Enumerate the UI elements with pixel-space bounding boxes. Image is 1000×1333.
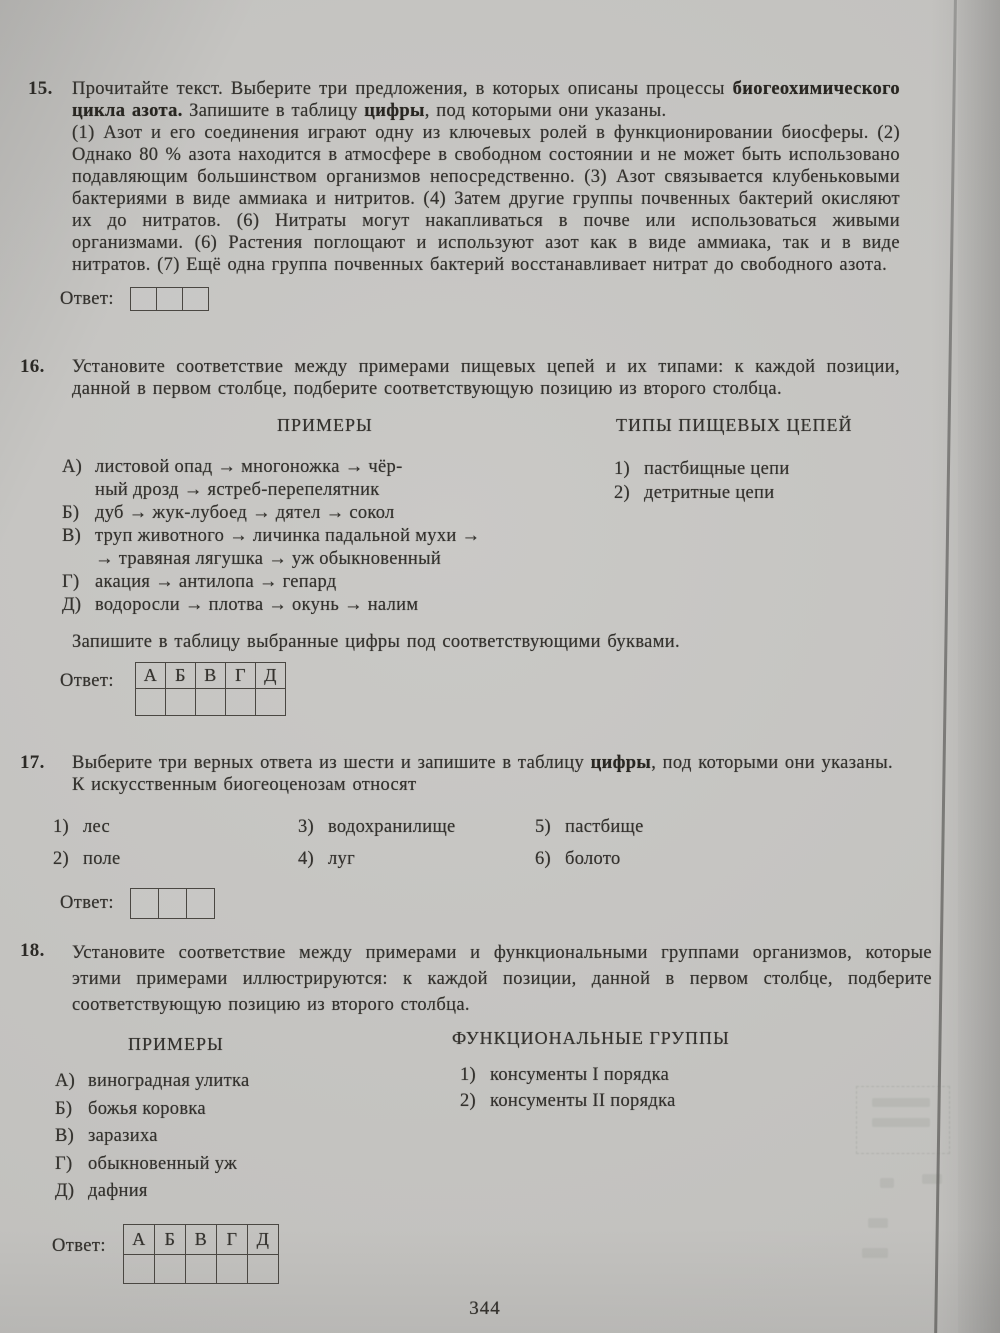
option-text: болото [565,843,621,875]
answer-table: А Б В Г Д [135,662,286,716]
question-18-intro: Установите соответствие между примерами … [72,940,932,1018]
item-label: А) [55,1068,88,1096]
intro-text-bold: цифры [364,101,425,121]
book-page: 15. Прочитайте текст. Выберите три предл… [0,0,1000,1333]
answer-row: Ответ: [60,888,900,919]
option-label: 4) [298,843,328,875]
option-text: поле [83,843,121,875]
match-item: Б) дуб → жук-лубоед → дятел → сокол [62,502,900,525]
option-label: 2) [53,843,83,875]
item-text: дуб → жук-лубоед → дятел → сокол [95,502,395,525]
item-text: божья коровка [88,1096,206,1124]
page-edge-shadow [958,0,1000,1333]
answer-col-letter: В [195,663,225,689]
match-area: А) листовой опад → многоножка → чёр-ный … [62,456,900,617]
answer-cell [187,888,215,919]
answer-cell [195,689,225,716]
right-column-header: ТИПЫ ПИЩЕВЫХ ЦЕПЕЙ [616,415,853,436]
intro-text: Выберите три верных ответа из шести и за… [72,753,591,773]
item-text: дафния [88,1178,148,1206]
option-label: 1) [53,811,83,843]
option-grid: 1)лес 3)водохранилище 5)пастбище 2)поле … [53,811,900,875]
item-label: Б) [62,502,95,525]
question-18: 18. Установите соответствие между пример… [20,940,932,1284]
answer-table-cells [123,1254,278,1283]
answer-col-letter: Г [216,1224,247,1254]
answer-cell [255,689,285,716]
option-list: 1)консументы I порядка 2)консументы II п… [460,1062,676,1114]
option-item: 1) пастбищные цепи [614,457,790,481]
option-text: пастбищные цепи [644,457,790,481]
answer-cell [183,287,209,311]
option-item: 2)поле [53,843,298,875]
option-label: 2) [614,481,644,505]
column-headers: ПРИМЕРЫ ФУНКЦИОНАЛЬНЫЕ ГРУППЫ [20,1028,932,1052]
question-number: 16. [20,356,72,400]
item-label: А) [62,456,95,502]
item-label: Б) [55,1096,88,1124]
answer-label: Ответ: [52,1236,106,1257]
option-text: лес [83,811,110,843]
match-item: Д) водоросли → плотва → окунь → налим [62,594,900,617]
answer-row: Ответ: А Б В Г Д [52,1224,932,1284]
option-text: луг [328,843,355,875]
answer-col-letter: Б [154,1224,185,1254]
item-text: листовой опад → многоножка → чёр-ный дро… [95,456,403,502]
answer-label: Ответ: [60,671,114,692]
question-number: 18. [20,940,72,1018]
item-label: Д) [55,1178,88,1206]
page-number: 344 [455,1298,515,1320]
answer-cell [247,1254,278,1283]
item-label: Г) [55,1151,88,1179]
answer-col-letter: Г [225,663,255,689]
answer-col-letter: Д [255,663,285,689]
option-item: 2)консументы II порядка [460,1088,676,1114]
answer-table-header: А Б В Г Д [123,1224,278,1254]
option-label: 3) [298,811,328,843]
option-text: консументы II порядка [490,1088,676,1114]
option-item: 6)болото [535,843,900,875]
match-item: В)заразиха [55,1123,932,1151]
intro-text: , под которыми они указаны. [425,101,667,121]
option-text: консументы I порядка [490,1062,669,1088]
answer-boxes [130,888,215,919]
match-item: Г)обыкновенный уж [55,1151,932,1179]
intro-text: , под которыми они указаны. [651,753,893,773]
item-text: труп животного → личинка падальной мухи … [95,525,480,571]
answer-table-header: А Б В Г Д [135,663,285,689]
question-number: 17. [20,752,72,796]
question-15-intro: Прочитайте текст. Выберите три предложен… [72,78,900,122]
intro-text: Запишите в таблицу [183,101,364,121]
option-label: 5) [535,811,565,843]
answer-label: Ответ: [60,289,114,310]
item-text: водоросли → плотва → окунь → налим [95,594,418,617]
question-number: 15. [28,78,72,276]
option-text: пастбище [565,811,644,843]
option-item: 1)лес [53,811,298,843]
answer-col-letter: В [185,1224,216,1254]
option-label: 6) [535,843,565,875]
match-item: В) труп животного → личинка падальной му… [62,525,900,571]
answer-label: Ответ: [60,893,114,914]
answer-cell [130,287,157,311]
answer-cell [185,1254,216,1283]
answer-col-letter: Б [165,663,195,689]
item-text: виноградная улитка [88,1068,249,1096]
match-item: Г) акация → антилопа → гепард [62,571,900,594]
match-item: Д)дафния [55,1178,932,1206]
answer-cell [130,888,159,919]
item-text: акация → антилопа → гепард [95,571,337,594]
option-text: водохранилище [328,811,456,843]
answer-col-letter: Д [247,1224,278,1254]
intro-text-bold: цифры [591,753,652,773]
right-column-header: ФУНКЦИОНАЛЬНЫЕ ГРУППЫ [452,1028,730,1049]
item-label: Г) [62,571,95,594]
option-label: 1) [460,1062,490,1088]
answer-row: Ответ: [60,287,900,311]
option-list: 1) пастбищные цепи 2) детритные цепи [614,457,790,505]
answer-table: А Б В Г Д [123,1224,279,1284]
option-text: детритные цепи [644,481,774,505]
question-16: 16. Установите соответствие между пример… [20,356,900,716]
option-item: 3)водохранилище [298,811,535,843]
answer-cell [216,1254,247,1283]
answer-row: Ответ: А Б В Г Д [60,662,900,716]
answer-cell [154,1254,185,1283]
option-label: 1) [614,457,644,481]
question-17-subtitle: К искусственным биогеоценозам относят [72,774,900,796]
item-label: Д) [62,594,95,617]
left-column-header: ПРИМЕРЫ [128,1034,224,1055]
item-text: заразиха [88,1123,158,1151]
option-item: 5)пастбище [535,811,900,843]
question-15: 15. Прочитайте текст. Выберите три предл… [28,78,900,311]
question-15-body: (1) Азот и его соединения играют одну из… [72,122,900,276]
answer-col-letter: А [123,1224,154,1254]
answer-col-letter: А [135,663,165,689]
question-16-outro: Запишите в таблицу выбранные цифры под с… [72,631,812,653]
option-item: 4)луг [298,843,535,875]
answer-cell [135,689,165,716]
left-column-header: ПРИМЕРЫ [277,415,373,436]
answer-table-cells [135,689,285,716]
option-item: 1)консументы I порядка [460,1062,676,1088]
column-headers: ПРИМЕРЫ ТИПЫ ПИЩЕВЫХ ЦЕПЕЙ [20,415,900,439]
item-text: обыкновенный уж [88,1151,237,1179]
answer-cell [165,689,195,716]
page-crease-line [934,0,957,1333]
answer-cell [123,1254,154,1283]
answer-cell [159,888,187,919]
question-16-intro: Установите соответствие между примерами … [72,356,900,400]
question-17: 17. Выберите три верных ответа из шести … [20,752,900,919]
intro-text: Прочитайте текст. Выберите три предложен… [72,79,733,99]
answer-cell [225,689,255,716]
answer-cell [157,287,183,311]
option-label: 2) [460,1088,490,1114]
question-17-intro: Выберите три верных ответа из шести и за… [72,752,900,774]
item-label: В) [62,525,95,571]
answer-boxes [130,287,209,311]
match-area: А)виноградная улитка Б)божья коровка В)з… [55,1068,932,1206]
option-item: 2) детритные цепи [614,481,790,505]
item-label: В) [55,1123,88,1151]
